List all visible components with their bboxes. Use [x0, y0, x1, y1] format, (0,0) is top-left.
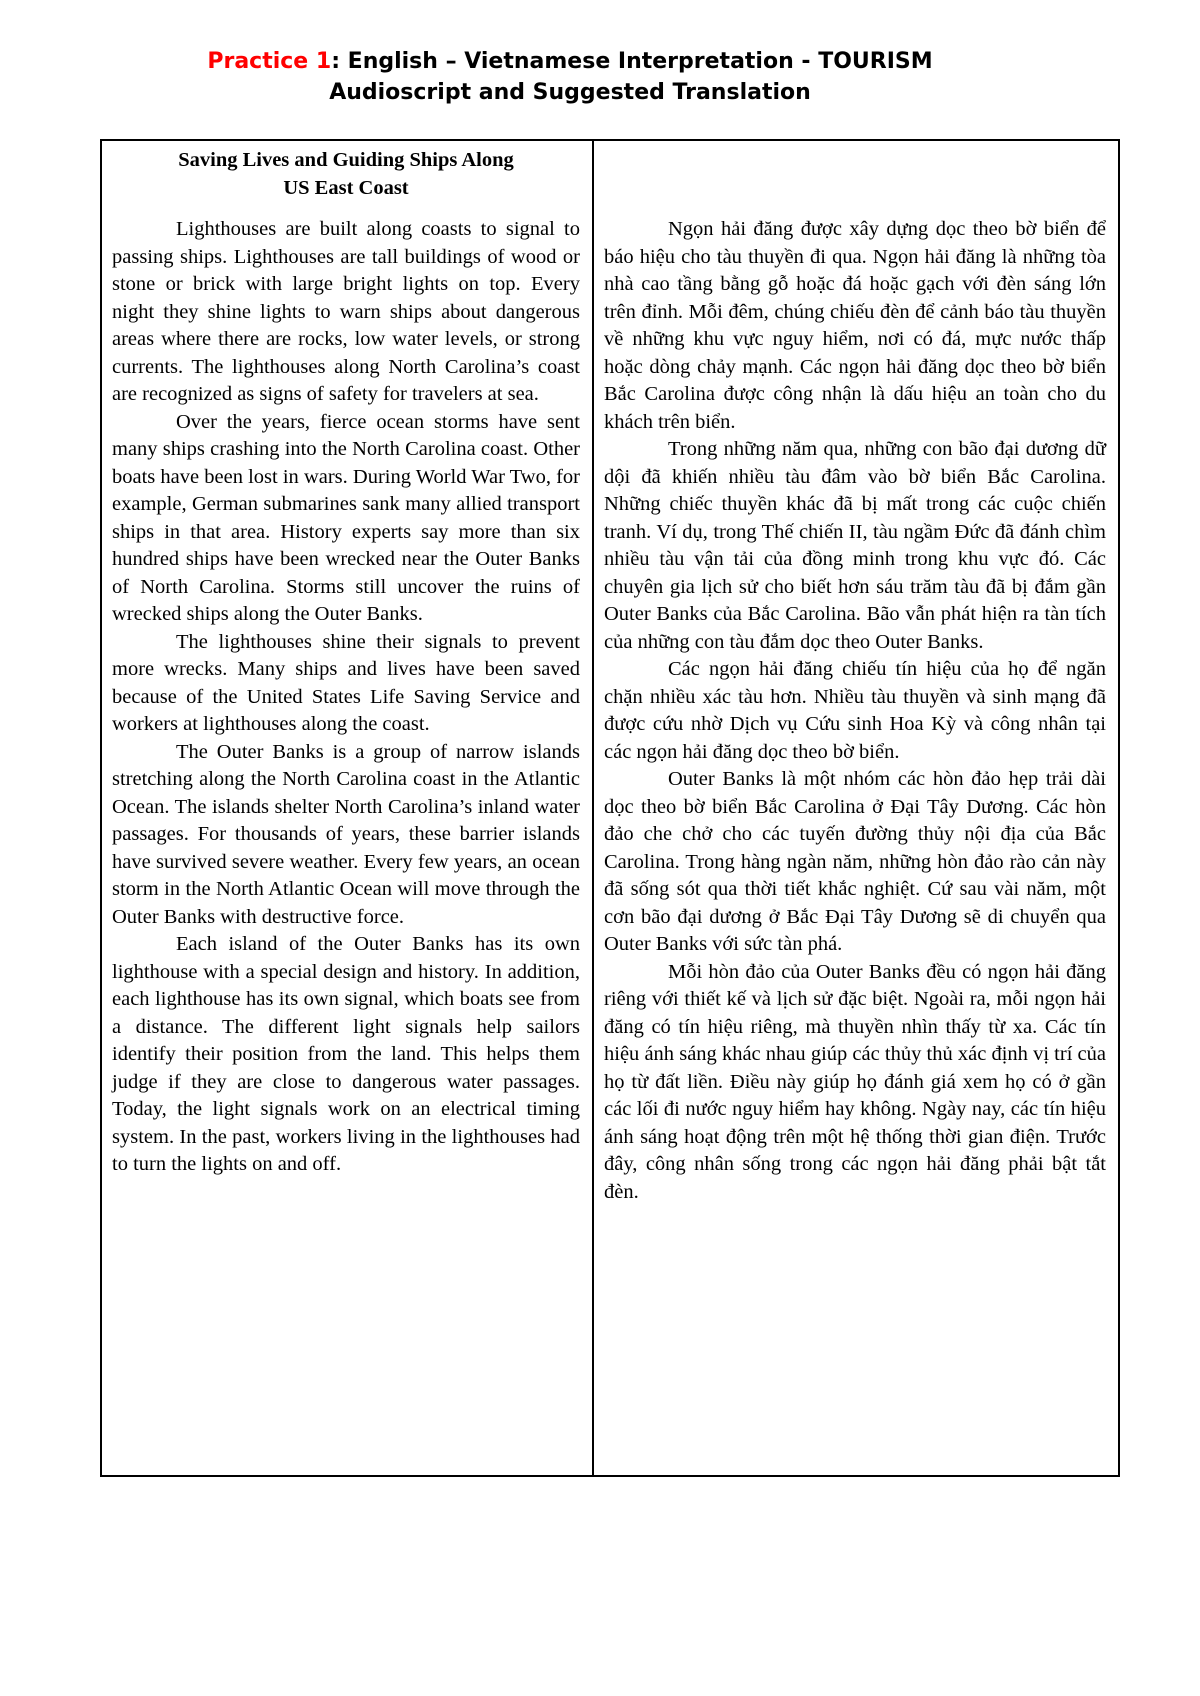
vietnamese-heading-spacer: [604, 147, 1106, 216]
english-paragraph: Over the years, fierce ocean storms have…: [112, 409, 580, 629]
english-paragraph: The Outer Banks is a group of narrow isl…: [112, 739, 580, 932]
english-paragraph: The lighthouses shine their signals to p…: [112, 629, 580, 739]
english-heading: Saving Lives and Guiding Ships Along US …: [112, 147, 580, 202]
english-heading-line2: US East Coast: [112, 175, 580, 203]
english-cell: Saving Lives and Guiding Ships Along US …: [101, 140, 593, 1476]
page-title-line1: Practice 1: English – Vietnamese Interpr…: [100, 46, 1040, 77]
page-title-line2: Audioscript and Suggested Translation: [100, 77, 1040, 108]
vietnamese-paragraph: Các ngọn hải đăng chiếu tín hiệu của họ …: [604, 656, 1106, 766]
title-accent: Practice 1: [207, 49, 331, 74]
translation-table: Saving Lives and Guiding Ships Along US …: [100, 139, 1120, 1477]
title-rest: : English – Vietnamese Interpretation - …: [331, 49, 932, 74]
english-heading-line1: Saving Lives and Guiding Ships Along: [112, 147, 580, 175]
english-paragraph: Lighthouses are built along coasts to si…: [112, 216, 580, 409]
page-title: Practice 1: English – Vietnamese Interpr…: [100, 46, 1040, 108]
vietnamese-paragraph: Trong những năm qua, những con bão đại d…: [604, 436, 1106, 656]
vietnamese-paragraph: Mỗi hòn đảo của Outer Banks đều có ngọn …: [604, 959, 1106, 1207]
vietnamese-paragraph: Outer Banks là một nhóm các hòn đảo hẹp …: [604, 766, 1106, 959]
table-row: Saving Lives and Guiding Ships Along US …: [101, 140, 1119, 1476]
vietnamese-cell: Ngọn hải đăng được xây dựng dọc theo bờ …: [593, 140, 1119, 1476]
vietnamese-paragraph: Ngọn hải đăng được xây dựng dọc theo bờ …: [604, 216, 1106, 436]
english-paragraph: Each island of the Outer Banks has its o…: [112, 931, 580, 1179]
